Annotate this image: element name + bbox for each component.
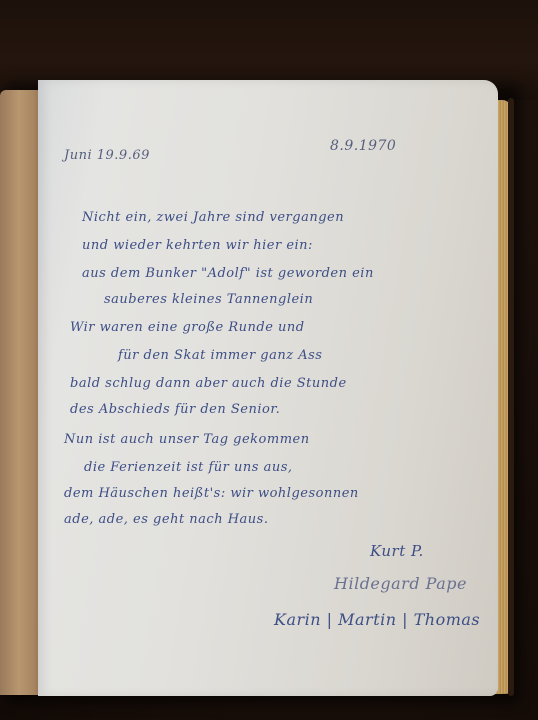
text-line: Wir waren eine große Runde und <box>70 320 305 335</box>
text-line: des Abschieds für den Senior. <box>70 402 280 417</box>
signature-karin-martin-thomas: Karin | Martin | Thomas <box>274 610 480 629</box>
book-cover-edge <box>508 98 514 696</box>
text-line: ade, ade, es geht nach Haus. <box>64 512 268 527</box>
signature-hildegard: Hildegard Pape <box>334 574 467 593</box>
guestbook-photo: 8.9.1970 Juni 19.9.69 Nicht ein, zwei Ja… <box>0 0 538 720</box>
text-line: bald schlug dann aber auch die Stunde <box>70 376 347 391</box>
text-line: aus dem Bunker "Adolf" ist geworden ein <box>82 266 374 281</box>
text-line: für den Skat immer ganz Ass <box>118 348 322 363</box>
text-line: die Ferienzeit ist für uns aus, <box>84 460 293 475</box>
text-line: Nicht ein, zwei Jahre sind vergangen <box>82 210 344 225</box>
text-line: Nun ist auch unser Tag gekommen <box>64 432 310 447</box>
text-line: dem Häuschen heißt's: wir wohlgesonnen <box>64 486 359 501</box>
text-line: und wieder kehrten wir hier ein: <box>82 238 313 253</box>
handwritten-page: 8.9.1970 Juni 19.9.69 Nicht ein, zwei Ja… <box>38 80 498 696</box>
entry-date-left: Juni 19.9.69 <box>64 148 150 163</box>
left-page-edge <box>0 90 42 695</box>
entry-date-right: 8.9.1970 <box>330 138 396 154</box>
signature-kurt: Kurt P. <box>370 542 424 560</box>
text-line: sauberes kleines Tannenglein <box>104 292 313 307</box>
